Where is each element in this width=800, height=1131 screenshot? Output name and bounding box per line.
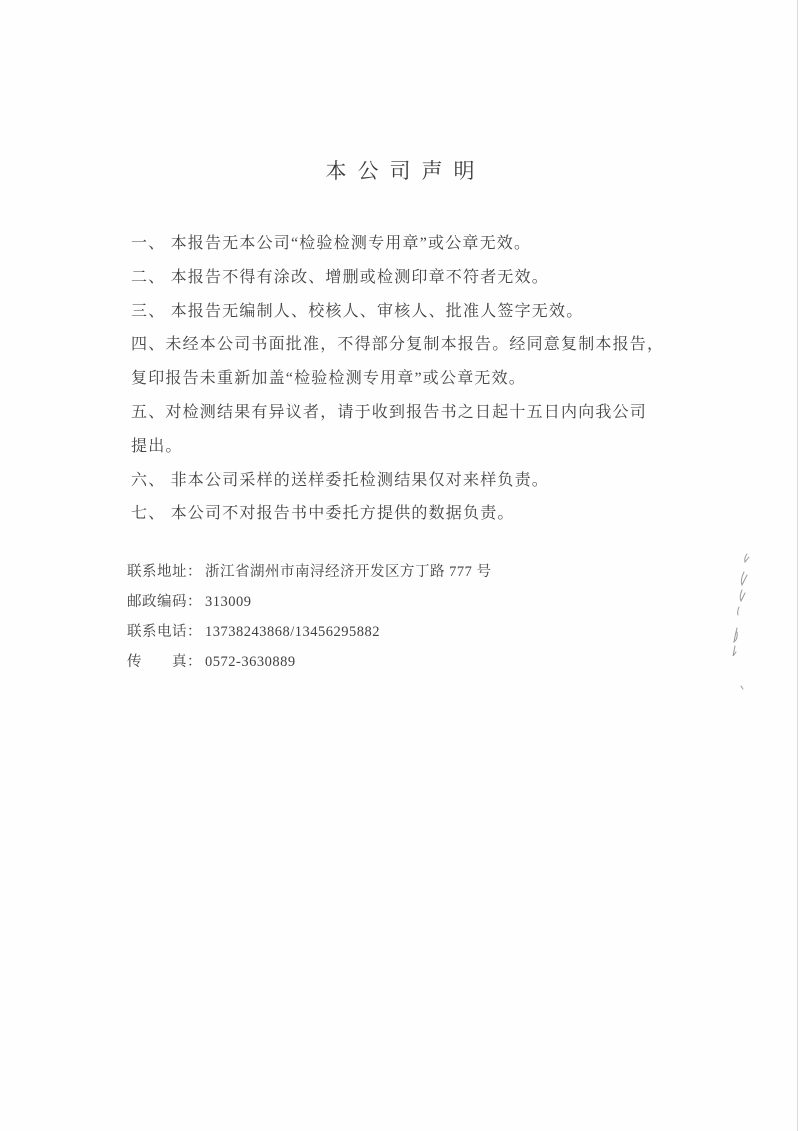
statements-list: 一、 本报告无本公司“检验检测专用章”或公章无效。 二、 本报告不得有涂改、增删… [131,227,706,531]
statement-line: 六、 非本公司采样的送样委托检测结果仅对来样负责。 [131,464,706,498]
statement-line: 二、 本报告不得有涂改、增删或检测印章不符者无效。 [131,261,706,295]
statement-line: 四、未经本公司书面批准，不得部分复制本报告。经同意复制本报告， [131,328,706,362]
handwriting-mark [718,548,758,693]
statement-line: 复印报告未重新加盖“检验检测专用章”或公章无效。 [131,362,706,396]
contact-postcode-row: 邮政编码：313009 [127,587,547,617]
page-title: 本公司声明 [0,155,800,185]
contact-postcode-value: 313009 [205,594,252,610]
contact-address-label: 联系地址： [127,564,202,580]
contact-fax-value: 0572-3630889 [205,654,296,670]
contact-fax-row: 传 真：0572-3630889 [127,647,547,677]
contact-phone-value: 13738243868/13456295882 [205,624,380,640]
contact-info: 联系地址：浙江省湖州市南浔经济开发区方丁路 777 号 邮政编码：313009 … [127,557,547,677]
statement-line: 五、对检测结果有异议者，请于收到报告书之日起十五日内向我公司 [131,396,706,430]
statement-line: 七、 本公司不对报告书中委托方提供的数据负责。 [131,497,706,531]
contact-address-value: 浙江省湖州市南浔经济开发区方丁路 777 号 [205,564,492,580]
contact-address-row: 联系地址：浙江省湖州市南浔经济开发区方丁路 777 号 [127,557,547,587]
statement-line: 一、 本报告无本公司“检验检测专用章”或公章无效。 [131,227,706,261]
contact-fax-label: 传 真： [127,654,202,670]
contact-postcode-label: 邮政编码： [127,594,202,610]
scan-edge-line [797,0,798,1131]
contact-phone-row: 联系电话：13738243868/13456295882 [127,617,547,647]
document-page: 本公司声明 一、 本报告无本公司“检验检测专用章”或公章无效。 二、 本报告不得… [0,0,800,1131]
statement-line: 提出。 [131,430,706,464]
statement-line: 三、 本报告无编制人、校核人、审核人、批准人签字无效。 [131,295,706,329]
contact-phone-label: 联系电话： [127,624,202,640]
